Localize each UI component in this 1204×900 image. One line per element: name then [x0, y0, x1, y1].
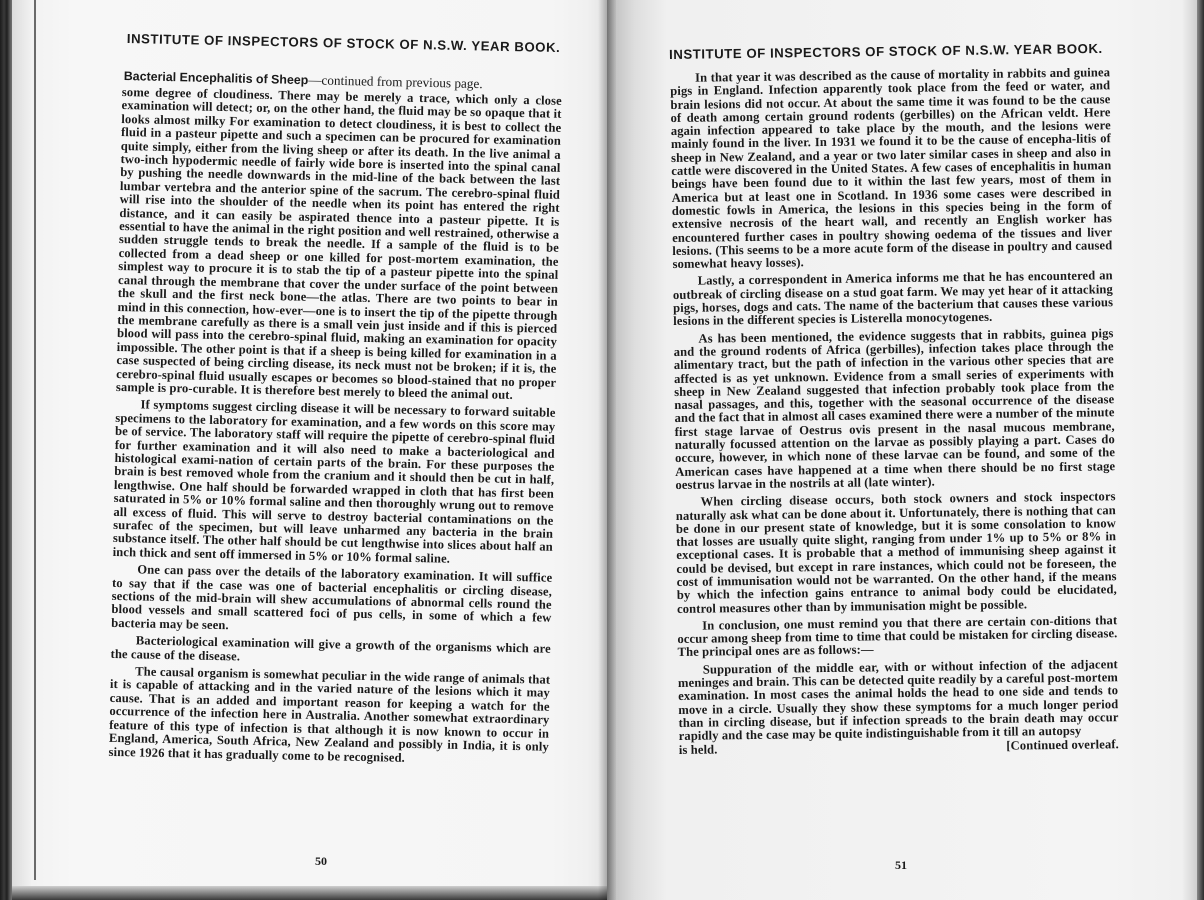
- right-page: INSTITUTE OF INSPECTORS OF STOCK OF N.S.…: [607, 0, 1197, 900]
- paragraph: One can pass over the details of the lab…: [111, 563, 552, 639]
- left-page: INSTITUTE OF INSPECTORS OF STOCK OF N.S.…: [12, 0, 607, 900]
- paragraph: As has been mentioned, the evidence sugg…: [673, 327, 1115, 492]
- paragraph: Suppuration of the middle ear, with or w…: [678, 658, 1119, 744]
- page-number: 51: [895, 858, 907, 873]
- book-edge-right: [1197, 0, 1204, 900]
- paragraph: Lastly, a correspondent in America infor…: [673, 270, 1114, 329]
- paragraph: When circling disease occurs, both stock…: [676, 490, 1118, 615]
- paragraph: In that year it was described as the cau…: [670, 66, 1113, 271]
- paragraph: The causal organism is somewhat peculiar…: [108, 665, 550, 768]
- book-spread: INSTITUTE OF INSPECTORS OF STOCK OF N.S.…: [0, 0, 1204, 900]
- last-line: is held.: [679, 743, 718, 757]
- gutter-shadow: [598, 0, 616, 900]
- running-head: INSTITUTE OF INSPECTORS OF STOCK OF N.S.…: [669, 41, 1103, 62]
- continued-note: [Continued overleaf.: [1006, 738, 1119, 753]
- body-text: In that year it was described as the cau…: [670, 66, 1119, 757]
- paragraph: some degree of cloudiness. There may be …: [116, 86, 562, 403]
- paragraph: If symptoms suggest circling disease it …: [113, 398, 556, 568]
- paragraph: In conclusion, one must remind you that …: [677, 614, 1117, 660]
- page-number: 50: [315, 854, 327, 869]
- running-head: INSTITUTE OF INSPECTORS OF STOCK OF N.S.…: [127, 31, 561, 55]
- body-text: some degree of cloudiness. There may be …: [108, 86, 561, 772]
- section-title: Bacterial Encephalitis of Sheep: [124, 69, 309, 87]
